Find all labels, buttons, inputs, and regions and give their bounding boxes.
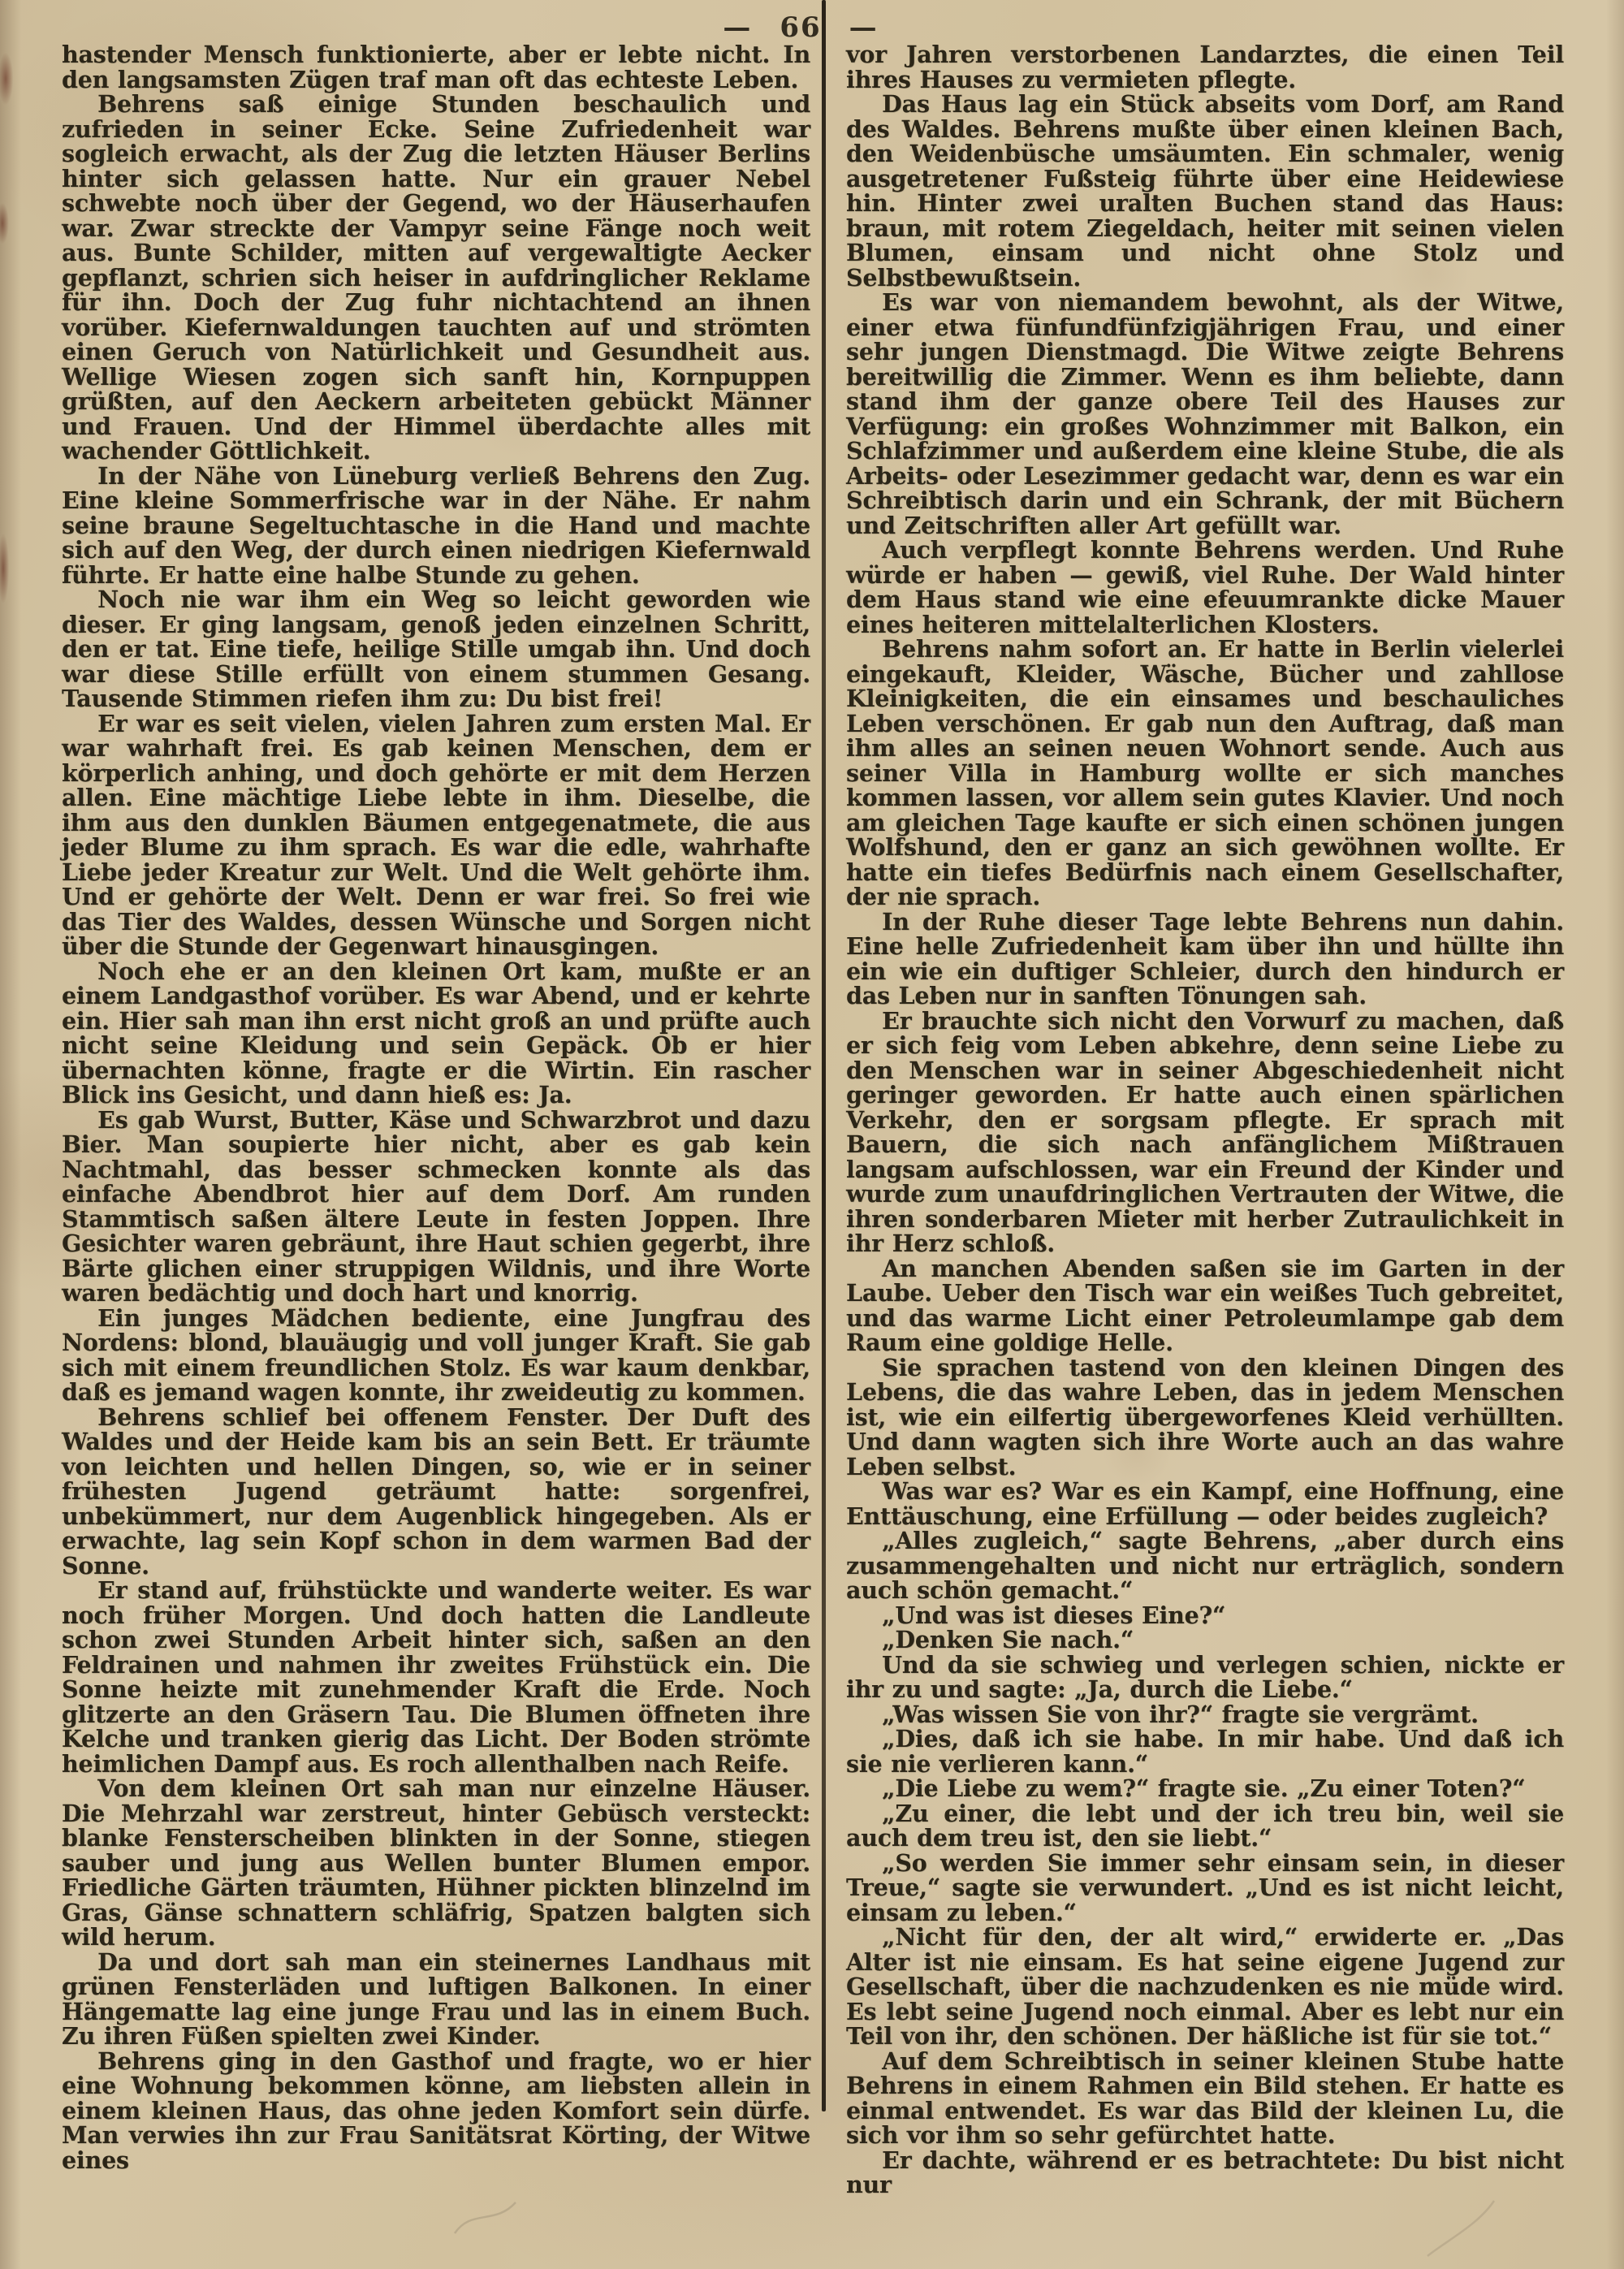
edge-ink-stain — [0, 195, 11, 252]
paragraph: Behrens nahm sofort an. Er hatte in Berl… — [846, 637, 1564, 910]
paragraph: Es gab Wurst, Butter, Käse und Schwarzbr… — [62, 1108, 810, 1306]
paragraph: Noch nie war ihm ein Weg so leicht gewor… — [62, 587, 810, 711]
paragraph: Es war von niemandem bewohnt, als der Wi… — [846, 290, 1564, 538]
paragraph: Was war es? War es ein Kampf, eine Hoffn… — [846, 1479, 1564, 1528]
paragraph: Er dachte, während er es betrachtete: Du… — [846, 2148, 1564, 2198]
page-number: 66 — [780, 11, 821, 44]
header-dash-left: — — [695, 11, 780, 44]
paragraph: „Zu einer, die lebt und der ich treu bin… — [846, 1801, 1564, 1851]
paragraph: „Denken Sie nach.“ — [846, 1627, 1564, 1653]
paragraph: Und da sie schwieg und verlegen schien, … — [846, 1653, 1564, 1702]
paragraph: „Nicht für den, der alt wird,“ erwiderte… — [846, 1925, 1564, 2049]
text-column-left: hastender Mensch funktionierte, aber er … — [62, 42, 810, 2172]
paragraph: Er brauchte sich nicht den Vorwurf zu ma… — [846, 1009, 1564, 1256]
paragraph: vor Jahren verstorbenen Landarztes, die … — [846, 42, 1564, 92]
paragraph: „So werden Sie immer sehr einsam sein, i… — [846, 1851, 1564, 1925]
paragraph: Behrens schlief bei offenem Fenster. Der… — [62, 1405, 810, 1579]
paragraph: Noch ehe er an den kleinen Ort kam, mußt… — [62, 959, 810, 1108]
text-column-right: vor Jahren verstorbenen Landarztes, die … — [846, 42, 1564, 2198]
paragraph: Behrens ging in den Gasthof und fragte, … — [62, 2049, 810, 2173]
paragraph: Auch verpflegt konnte Behrens werden. Un… — [846, 538, 1564, 637]
paragraph: Auf dem Schreibtisch in seiner kleinen S… — [846, 2049, 1564, 2148]
paragraph: Er stand auf, frühstückte und wanderte w… — [62, 1578, 810, 1776]
paragraph: Das Haus lag ein Stück abseits vom Dorf,… — [846, 92, 1564, 290]
page-edge-shadow-right — [1606, 0, 1624, 2269]
paragraph: Von dem kleinen Ort sah man nur einzelne… — [62, 1776, 810, 1950]
paragraph: In der Nähe von Lüneburg verließ Behrens… — [62, 464, 810, 588]
paragraph: „Und was ist dieses Eine?“ — [846, 1603, 1564, 1628]
pencil-smudge — [438, 2185, 552, 2250]
paragraph: An manchen Abenden saßen sie im Garten i… — [846, 1256, 1564, 1355]
paragraph: Er war es seit vielen, vielen Jahren zum… — [62, 711, 810, 959]
book-page: —66— hastender Mensch funktionierte, abe… — [0, 0, 1624, 2269]
edge-ink-stain — [0, 520, 11, 617]
paragraph: Sie sprachen tastend von den kleinen Din… — [846, 1355, 1564, 1480]
paragraph: hastender Mensch funktionierte, aber er … — [62, 42, 810, 92]
column-divider-rule — [822, 0, 826, 2111]
paragraph: Behrens saß einige Stunden beschaulich u… — [62, 92, 810, 464]
paragraph: „Die Liebe zu wem?“ fragte sie. „Zu eine… — [846, 1776, 1564, 1801]
paragraph: In der Ruhe dieser Tage lebte Behrens nu… — [846, 910, 1564, 1009]
paragraph: Ein junges Mädchen bediente, eine Jungfr… — [62, 1306, 810, 1405]
pencil-smudge — [1413, 2193, 1510, 2266]
header-dash-right: — — [822, 11, 906, 44]
edge-ink-stain — [0, 42, 16, 115]
paragraph: „Dies, daß ich sie habe. In mir habe. Un… — [846, 1727, 1564, 1776]
page-edge-shadow-left — [0, 0, 21, 2269]
page-header: —66— — [0, 11, 1601, 44]
paragraph: „Was wissen Sie von ihr?“ fragte sie ver… — [846, 1702, 1564, 1727]
paragraph: „Alles zugleich,“ sagte Behrens, „aber d… — [846, 1528, 1564, 1603]
paragraph: Da und dort sah man ein steinernes Landh… — [62, 1950, 810, 2049]
